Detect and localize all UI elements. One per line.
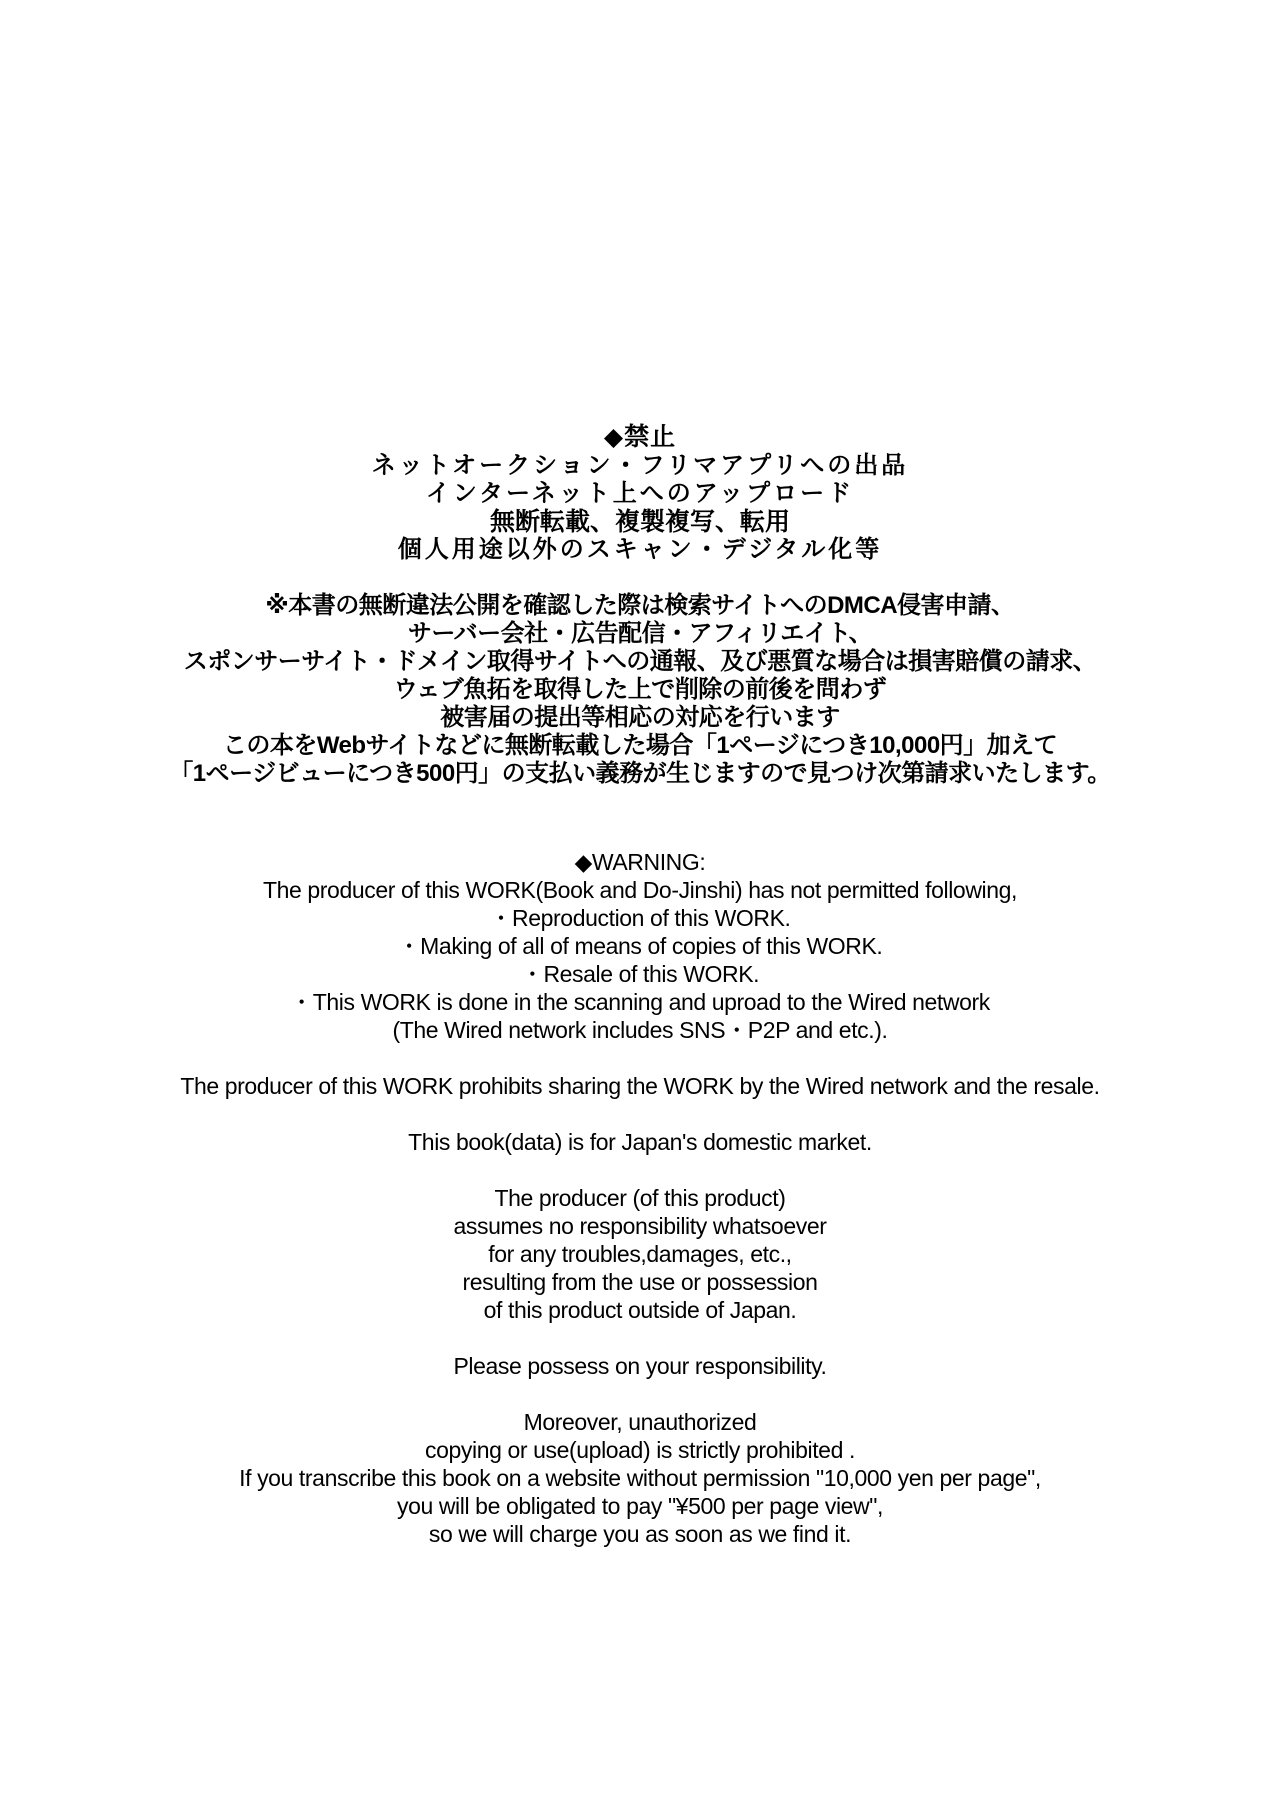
jp-prohibition-line: インターネット上へのアップロード — [0, 480, 1280, 508]
en-prohibit-sharing-line: The producer of this WORK prohibits shar… — [0, 1072, 1280, 1100]
en-no-responsibility-line: The producer (of this product) — [0, 1184, 1280, 1212]
en-unauthorized-line: you will be obligated to pay "¥500 per p… — [0, 1492, 1280, 1520]
en-unauthorized-line: If you transcribe this book on a website… — [0, 1464, 1280, 1492]
en-possess-responsibility-line: Please possess on your responsibility. — [0, 1352, 1280, 1380]
en-warning-heading: ◆WARNING: — [0, 848, 1280, 876]
en-no-responsibility-line: resulting from the use or possession — [0, 1268, 1280, 1296]
jp-enforcement-line: 被害届の提出等相応の対応を行います — [0, 704, 1280, 732]
jp-enforcement-section: ※本書の無断違法公開を確認した際は検索サイトへのDMCA侵害申請、 サーバー会社… — [0, 592, 1280, 788]
en-no-responsibility-line: for any troubles,damages, etc., — [0, 1240, 1280, 1268]
en-unauthorized-paragraph: Moreover, unauthorized copying or use(up… — [0, 1408, 1280, 1548]
en-warning-bullet: ・Resale of this WORK. — [0, 960, 1280, 988]
jp-prohibition-line: 個人用途以外のスキャン・デジタル化等 — [0, 536, 1280, 564]
en-warning-bullet: (The Wired network includes SNS・P2P and … — [0, 1016, 1280, 1044]
en-warning-intro: The producer of this WORK(Book and Do-Ji… — [0, 876, 1280, 904]
jp-prohibition-section: ◆禁止 ネットオークション・フリマアプリへの出品 インターネット上へのアップロー… — [0, 424, 1280, 564]
jp-prohibition-line: 無断転載、複製複写、転用 — [0, 508, 1280, 536]
jp-enforcement-line: 「1ページビューにつき500円」の支払い義務が生じますので見つけ次第請求いたしま… — [0, 760, 1280, 788]
jp-prohibition-line: ネットオークション・フリマアプリへの出品 — [0, 452, 1280, 480]
jp-enforcement-line: ウェブ魚拓を取得した上で削除の前後を問わず — [0, 676, 1280, 704]
jp-enforcement-line: サーバー会社・広告配信・アフィリエイト、 — [0, 620, 1280, 648]
en-warning-bullets-paragraph: ◆WARNING: The producer of this WORK(Book… — [0, 848, 1280, 1044]
en-domestic-market-line: This book(data) is for Japan's domestic … — [0, 1128, 1280, 1156]
jp-prohibition-heading: ◆禁止 — [0, 424, 1280, 452]
jp-enforcement-line: この本をWebサイトなどに無断転載した場合「1ページにつき10,000円」加えて — [0, 732, 1280, 760]
en-unauthorized-line: Moreover, unauthorized — [0, 1408, 1280, 1436]
en-no-responsibility-paragraph: The producer (of this product) assumes n… — [0, 1184, 1280, 1324]
en-no-responsibility-line: of this product outside of Japan. — [0, 1296, 1280, 1324]
en-no-responsibility-line: assumes no responsibility whatsoever — [0, 1212, 1280, 1240]
warning-page: ◆禁止 ネットオークション・フリマアプリへの出品 インターネット上へのアップロー… — [0, 0, 1280, 1548]
en-warning-section: ◆WARNING: The producer of this WORK(Book… — [0, 848, 1280, 1548]
en-warning-bullet: ・Reproduction of this WORK. — [0, 904, 1280, 932]
en-domestic-market-paragraph: This book(data) is for Japan's domestic … — [0, 1128, 1280, 1156]
jp-enforcement-line: ※本書の無断違法公開を確認した際は検索サイトへのDMCA侵害申請、 — [0, 592, 1280, 620]
en-warning-bullet: ・This WORK is done in the scanning and u… — [0, 988, 1280, 1016]
jp-enforcement-line: スポンサーサイト・ドメイン取得サイトへの通報、及び悪質な場合は損害賠償の請求、 — [0, 648, 1280, 676]
en-possess-responsibility-paragraph: Please possess on your responsibility. — [0, 1352, 1280, 1380]
en-prohibit-sharing-paragraph: The producer of this WORK prohibits shar… — [0, 1072, 1280, 1100]
en-warning-bullet: ・Making of all of means of copies of thi… — [0, 932, 1280, 960]
en-unauthorized-line: so we will charge you as soon as we find… — [0, 1520, 1280, 1548]
en-unauthorized-line: copying or use(upload) is strictly prohi… — [0, 1436, 1280, 1464]
